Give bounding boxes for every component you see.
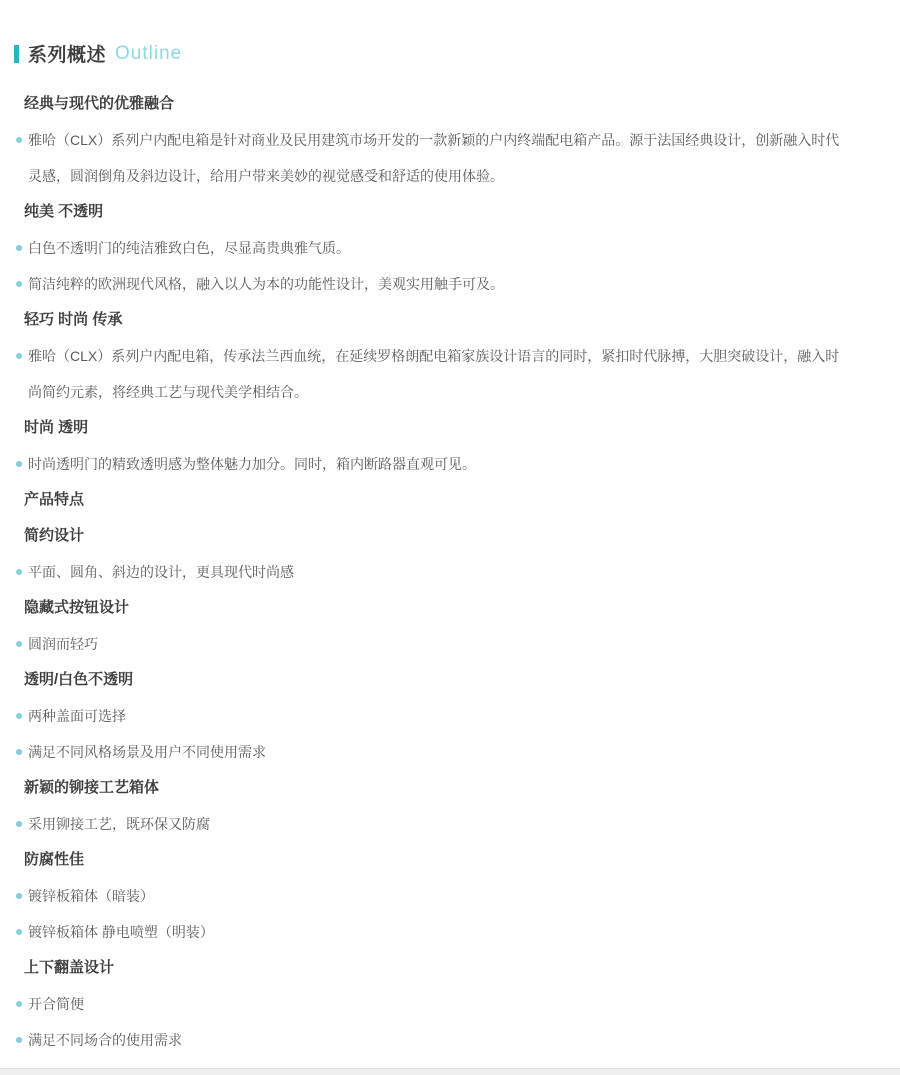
outline-content: 经典与现代的优雅融合雅哈（CLX）系列户内配电箱是针对商业及民用建筑市场开发的一… xyxy=(0,86,900,1058)
page-subtitle: Outline xyxy=(115,43,182,65)
bullet-text: 白色不透明门的纯洁雅致白色，尽显高贵典雅气质。 xyxy=(28,240,350,256)
bullet-text: 时尚透明门的精致透明感为整体魅力加分。同时，箱内断路器直观可见。 xyxy=(28,456,476,472)
bullet-item: 镀锌板箱体（暗装） xyxy=(0,878,844,914)
bullet-dot-icon xyxy=(16,281,22,287)
bullet-item: 两种盖面可选择 xyxy=(0,698,844,734)
bullet-text: 平面、圆角、斜边的设计，更具现代时尚感 xyxy=(28,564,294,580)
section-divider xyxy=(0,1068,900,1075)
section-heading: 经典与现代的优雅融合 xyxy=(0,86,844,122)
bullet-dot-icon xyxy=(16,353,22,359)
bullet-item: 雅哈（CLX）系列户内配电箱是针对商业及民用建筑市场开发的一款新颖的户内终端配电… xyxy=(0,122,844,194)
bullet-text: 采用铆接工艺，既环保又防腐 xyxy=(28,816,210,832)
bullet-item: 满足不同风格场景及用户不同使用需求 xyxy=(0,734,844,770)
bullet-dot-icon xyxy=(16,461,22,467)
bullet-item: 时尚透明门的精致透明感为整体魅力加分。同时，箱内断路器直观可见。 xyxy=(0,446,844,482)
bullet-dot-icon xyxy=(16,641,22,647)
bullet-text: 圆润而轻巧 xyxy=(28,636,98,652)
section-heading: 防腐性佳 xyxy=(0,842,844,878)
bullet-text: 雅哈（CLX）系列户内配电箱，传承法兰西血统，在延续罗格朗配电箱家族设计语言的同… xyxy=(28,348,839,400)
bullet-dot-icon xyxy=(16,1001,22,1007)
bullet-dot-icon xyxy=(16,749,22,755)
bullet-dot-icon xyxy=(16,1037,22,1043)
section-heading: 产品特点 xyxy=(0,482,844,518)
section-heading: 时尚 透明 xyxy=(0,410,844,446)
page-header: 系列概述 Outline xyxy=(0,0,900,67)
bullet-dot-icon xyxy=(16,929,22,935)
bullet-dot-icon xyxy=(16,245,22,251)
bullet-item: 平面、圆角、斜边的设计，更具现代时尚感 xyxy=(0,554,844,590)
section-heading: 轻巧 时尚 传承 xyxy=(0,302,844,338)
page-title: 系列概述 xyxy=(28,40,106,67)
bullet-dot-icon xyxy=(16,137,22,143)
bullet-dot-icon xyxy=(16,713,22,719)
bullet-text: 雅哈（CLX）系列户内配电箱是针对商业及民用建筑市场开发的一款新颖的户内终端配电… xyxy=(28,132,839,184)
bullet-text: 镀锌板箱体 静电喷塑（明装） xyxy=(28,924,214,940)
bullet-item: 采用铆接工艺，既环保又防腐 xyxy=(0,806,844,842)
bullet-text: 开合简便 xyxy=(28,996,84,1012)
bullet-dot-icon xyxy=(16,569,22,575)
bullet-text: 满足不同场合的使用需求 xyxy=(28,1032,182,1048)
bullet-item: 镀锌板箱体 静电喷塑（明装） xyxy=(0,914,844,950)
bullet-item: 开合简便 xyxy=(0,986,844,1022)
bullet-item: 雅哈（CLX）系列户内配电箱，传承法兰西血统，在延续罗格朗配电箱家族设计语言的同… xyxy=(0,338,844,410)
section-heading: 隐藏式按钮设计 xyxy=(0,590,844,626)
bullet-text: 两种盖面可选择 xyxy=(28,708,126,724)
bullet-text: 简洁纯粹的欧洲现代风格，融入以人为本的功能性设计，美观实用触手可及。 xyxy=(28,276,504,292)
bullet-item: 简洁纯粹的欧洲现代风格，融入以人为本的功能性设计，美观实用触手可及。 xyxy=(0,266,844,302)
bullet-item: 白色不透明门的纯洁雅致白色，尽显高贵典雅气质。 xyxy=(0,230,844,266)
section-heading: 简约设计 xyxy=(0,518,844,554)
bullet-item: 圆润而轻巧 xyxy=(0,626,844,662)
bullet-dot-icon xyxy=(16,821,22,827)
section-heading: 纯美 不透明 xyxy=(0,194,844,230)
section-heading: 透明/白色不透明 xyxy=(0,662,844,698)
accent-bar-icon xyxy=(14,45,19,63)
section-heading: 新颖的铆接工艺箱体 xyxy=(0,770,844,806)
bullet-text: 镀锌板箱体（暗装） xyxy=(28,888,154,904)
bullet-text: 满足不同风格场景及用户不同使用需求 xyxy=(28,744,266,760)
bullet-item: 满足不同场合的使用需求 xyxy=(0,1022,844,1058)
section-heading: 上下翻盖设计 xyxy=(0,950,844,986)
bullet-dot-icon xyxy=(16,893,22,899)
